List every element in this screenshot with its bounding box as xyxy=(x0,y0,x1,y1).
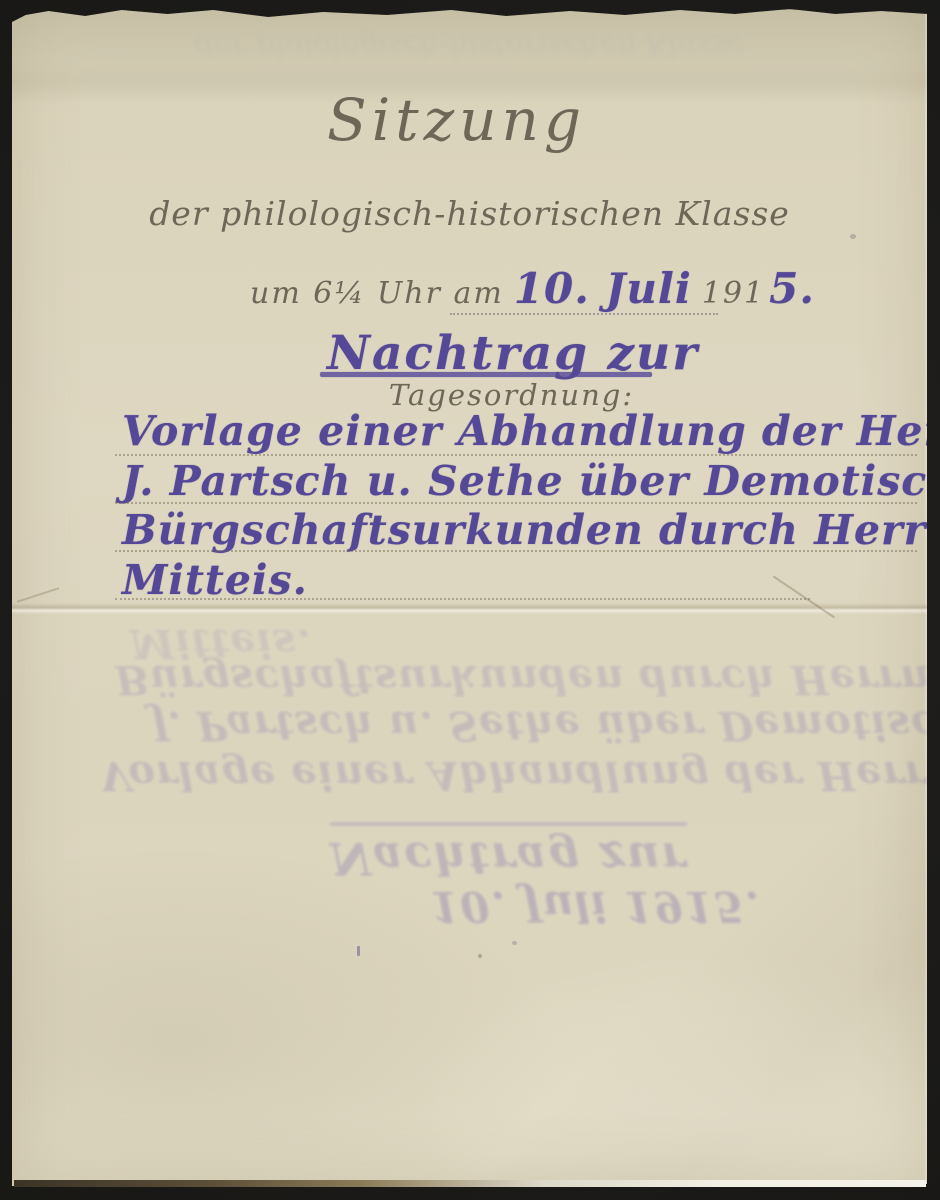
paper: der philologisch-historischen Klasse Sit… xyxy=(12,8,927,1186)
handwritten-year-digit: 5. xyxy=(769,264,815,313)
ink-speck xyxy=(478,954,482,958)
handwritten-date: 10. Juli xyxy=(514,264,692,313)
body-line-4: Mitteis. xyxy=(122,556,308,604)
session-time-line: um 6¼ Uhr am 10. Juli 191 5. xyxy=(250,264,815,313)
scan-background: der philologisch-historischen Klasse Sit… xyxy=(0,0,940,1200)
ruled-line xyxy=(115,454,917,456)
printed-year-prefix: 191 xyxy=(702,276,765,311)
bleedthrough-line: Bürgschaftsurkunden durch Herrn xyxy=(115,656,930,703)
body-line-1: Vorlage einer Abhandlung der Herren xyxy=(122,407,940,455)
date-dotted-rule xyxy=(450,313,718,315)
ink-speck xyxy=(357,946,360,956)
under-sheet-edge xyxy=(14,1180,926,1187)
bleedthrough-heading-text: Nachtrag zur xyxy=(330,822,687,885)
body-line-3: Bürgschaftsurkunden durch Herrn xyxy=(122,506,940,554)
bleedthrough-line: J. Partsch u. Sethe über Demotische xyxy=(150,702,940,749)
ruled-line xyxy=(115,550,917,552)
body-line-2: J. Partsch u. Sethe über Demotische xyxy=(122,457,940,505)
document-title: Sitzung xyxy=(0,86,914,154)
printed-time-prefix: um 6¼ Uhr am xyxy=(250,276,504,311)
heading-underline xyxy=(320,372,652,377)
bleedthrough-top-smudge: der philologisch-historischen Klasse xyxy=(12,28,927,63)
ruled-line xyxy=(115,598,810,600)
fold-crease xyxy=(12,603,927,614)
bleedthrough-heading: Nachtrag zur xyxy=(330,822,687,885)
bleedthrough-date: 10. Juli 1915. xyxy=(430,882,760,931)
ink-speck xyxy=(850,234,856,239)
bleedthrough-line: Vorlage einer Abhandlung der Herren xyxy=(100,752,940,799)
document-subtitle: der philologisch-historischen Klasse xyxy=(12,194,927,233)
ink-speck xyxy=(512,941,517,945)
ruled-line xyxy=(115,502,917,504)
crease-crack-left xyxy=(17,587,59,602)
